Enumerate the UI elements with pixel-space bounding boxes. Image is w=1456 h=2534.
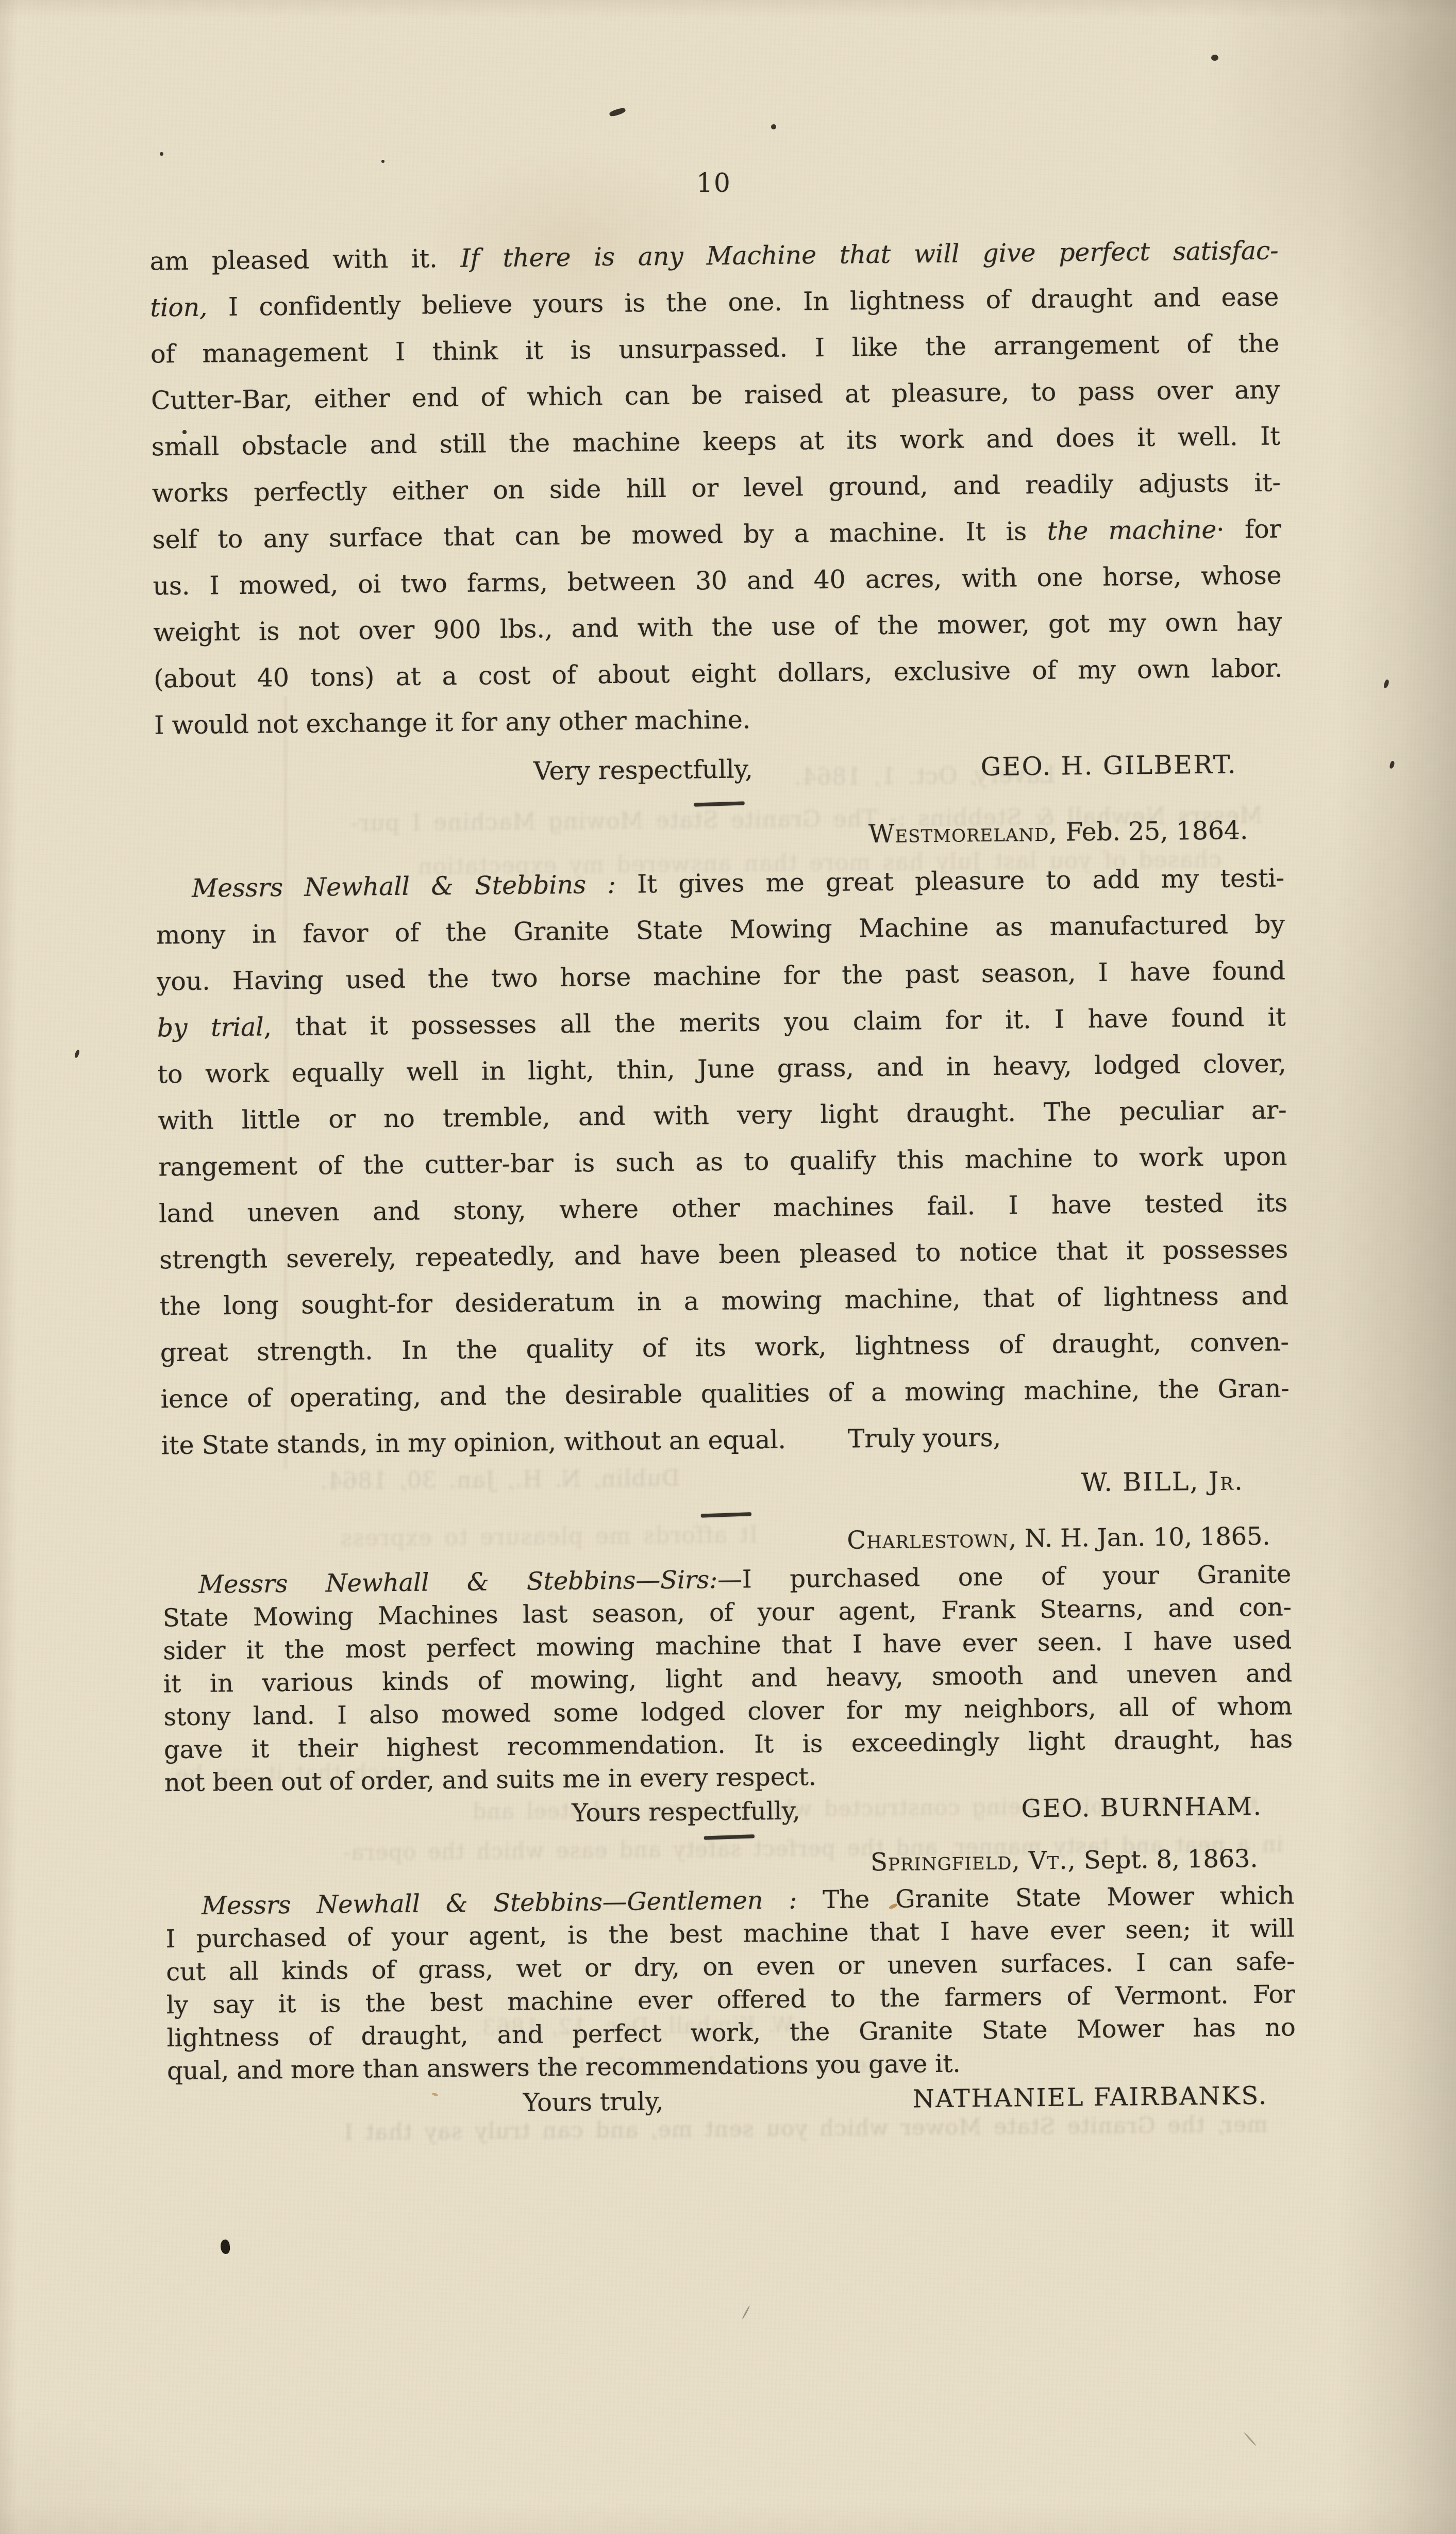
signature-bill: W. BILL, Jr. xyxy=(1081,1466,1244,1497)
ink-speck xyxy=(1211,55,1218,61)
page-edge-shadow xyxy=(1337,0,1456,2534)
hairline-fiber xyxy=(742,2305,750,2320)
margin-mark xyxy=(1383,679,1390,689)
scanned-book-page: Lavery, Oct. 1, 1864.Messrs Newhall & St… xyxy=(0,0,1456,2534)
margin-mark xyxy=(74,1049,80,1058)
ink-speck xyxy=(381,160,384,163)
letter-springfield-body: Messrs Newhall & Stebbins—Gentlemen : Th… xyxy=(165,1879,1296,2088)
page-number: 10 xyxy=(149,168,1278,198)
divider-rule xyxy=(701,1512,751,1517)
ink-speck xyxy=(289,434,292,437)
ink-speck xyxy=(160,152,163,156)
letter-westmoreland: Westmoreland, Feb. 25, 1864. Messrs Newh… xyxy=(155,806,1291,1514)
ink-speck xyxy=(182,430,187,434)
letter-westmoreland-body: Messrs Newhall & Stebbins : It gives me … xyxy=(156,855,1290,1469)
page-text-block: am pleased with it. If there is any Mach… xyxy=(149,227,1296,2123)
divider-rule xyxy=(704,1834,755,1840)
closing-phrase-fairbanks: Yours truly, xyxy=(523,2085,663,2119)
signature-gilbert: GEO. H. GILBERT. xyxy=(980,741,1237,790)
dateline-westmoreland: Westmoreland, Feb. 25, 1864. xyxy=(155,806,1284,865)
closing-phrase-burnham: Yours respectfully, xyxy=(572,1795,800,1830)
ink-speck xyxy=(771,124,776,129)
closing-phrase-gilbert: Very respectfully, xyxy=(533,746,754,794)
ink-speck xyxy=(609,107,626,117)
divider-rule xyxy=(694,801,745,806)
margin-mark xyxy=(1389,760,1395,769)
ink-blot xyxy=(220,2239,231,2255)
letter-charlestown: Charlestown, N. H. Jan. 10, 1865. Messrs… xyxy=(162,1514,1294,1833)
continuation-paragraph: am pleased with it. If there is any Mach… xyxy=(149,227,1283,749)
letter-charlestown-body: Messrs Newhall & Stebbins—Sirs:—I purcha… xyxy=(162,1558,1293,1799)
signature-fairbanks: NATHANIEL FAIRBANKS. xyxy=(913,2079,1268,2116)
signature-burnham: GEO. BURNHAM. xyxy=(1021,1790,1262,1825)
letter-springfield: Springfield, Vt., Sept. 8, 1863. Messrs … xyxy=(165,1837,1296,2123)
hairline-fiber xyxy=(1244,2432,1257,2446)
